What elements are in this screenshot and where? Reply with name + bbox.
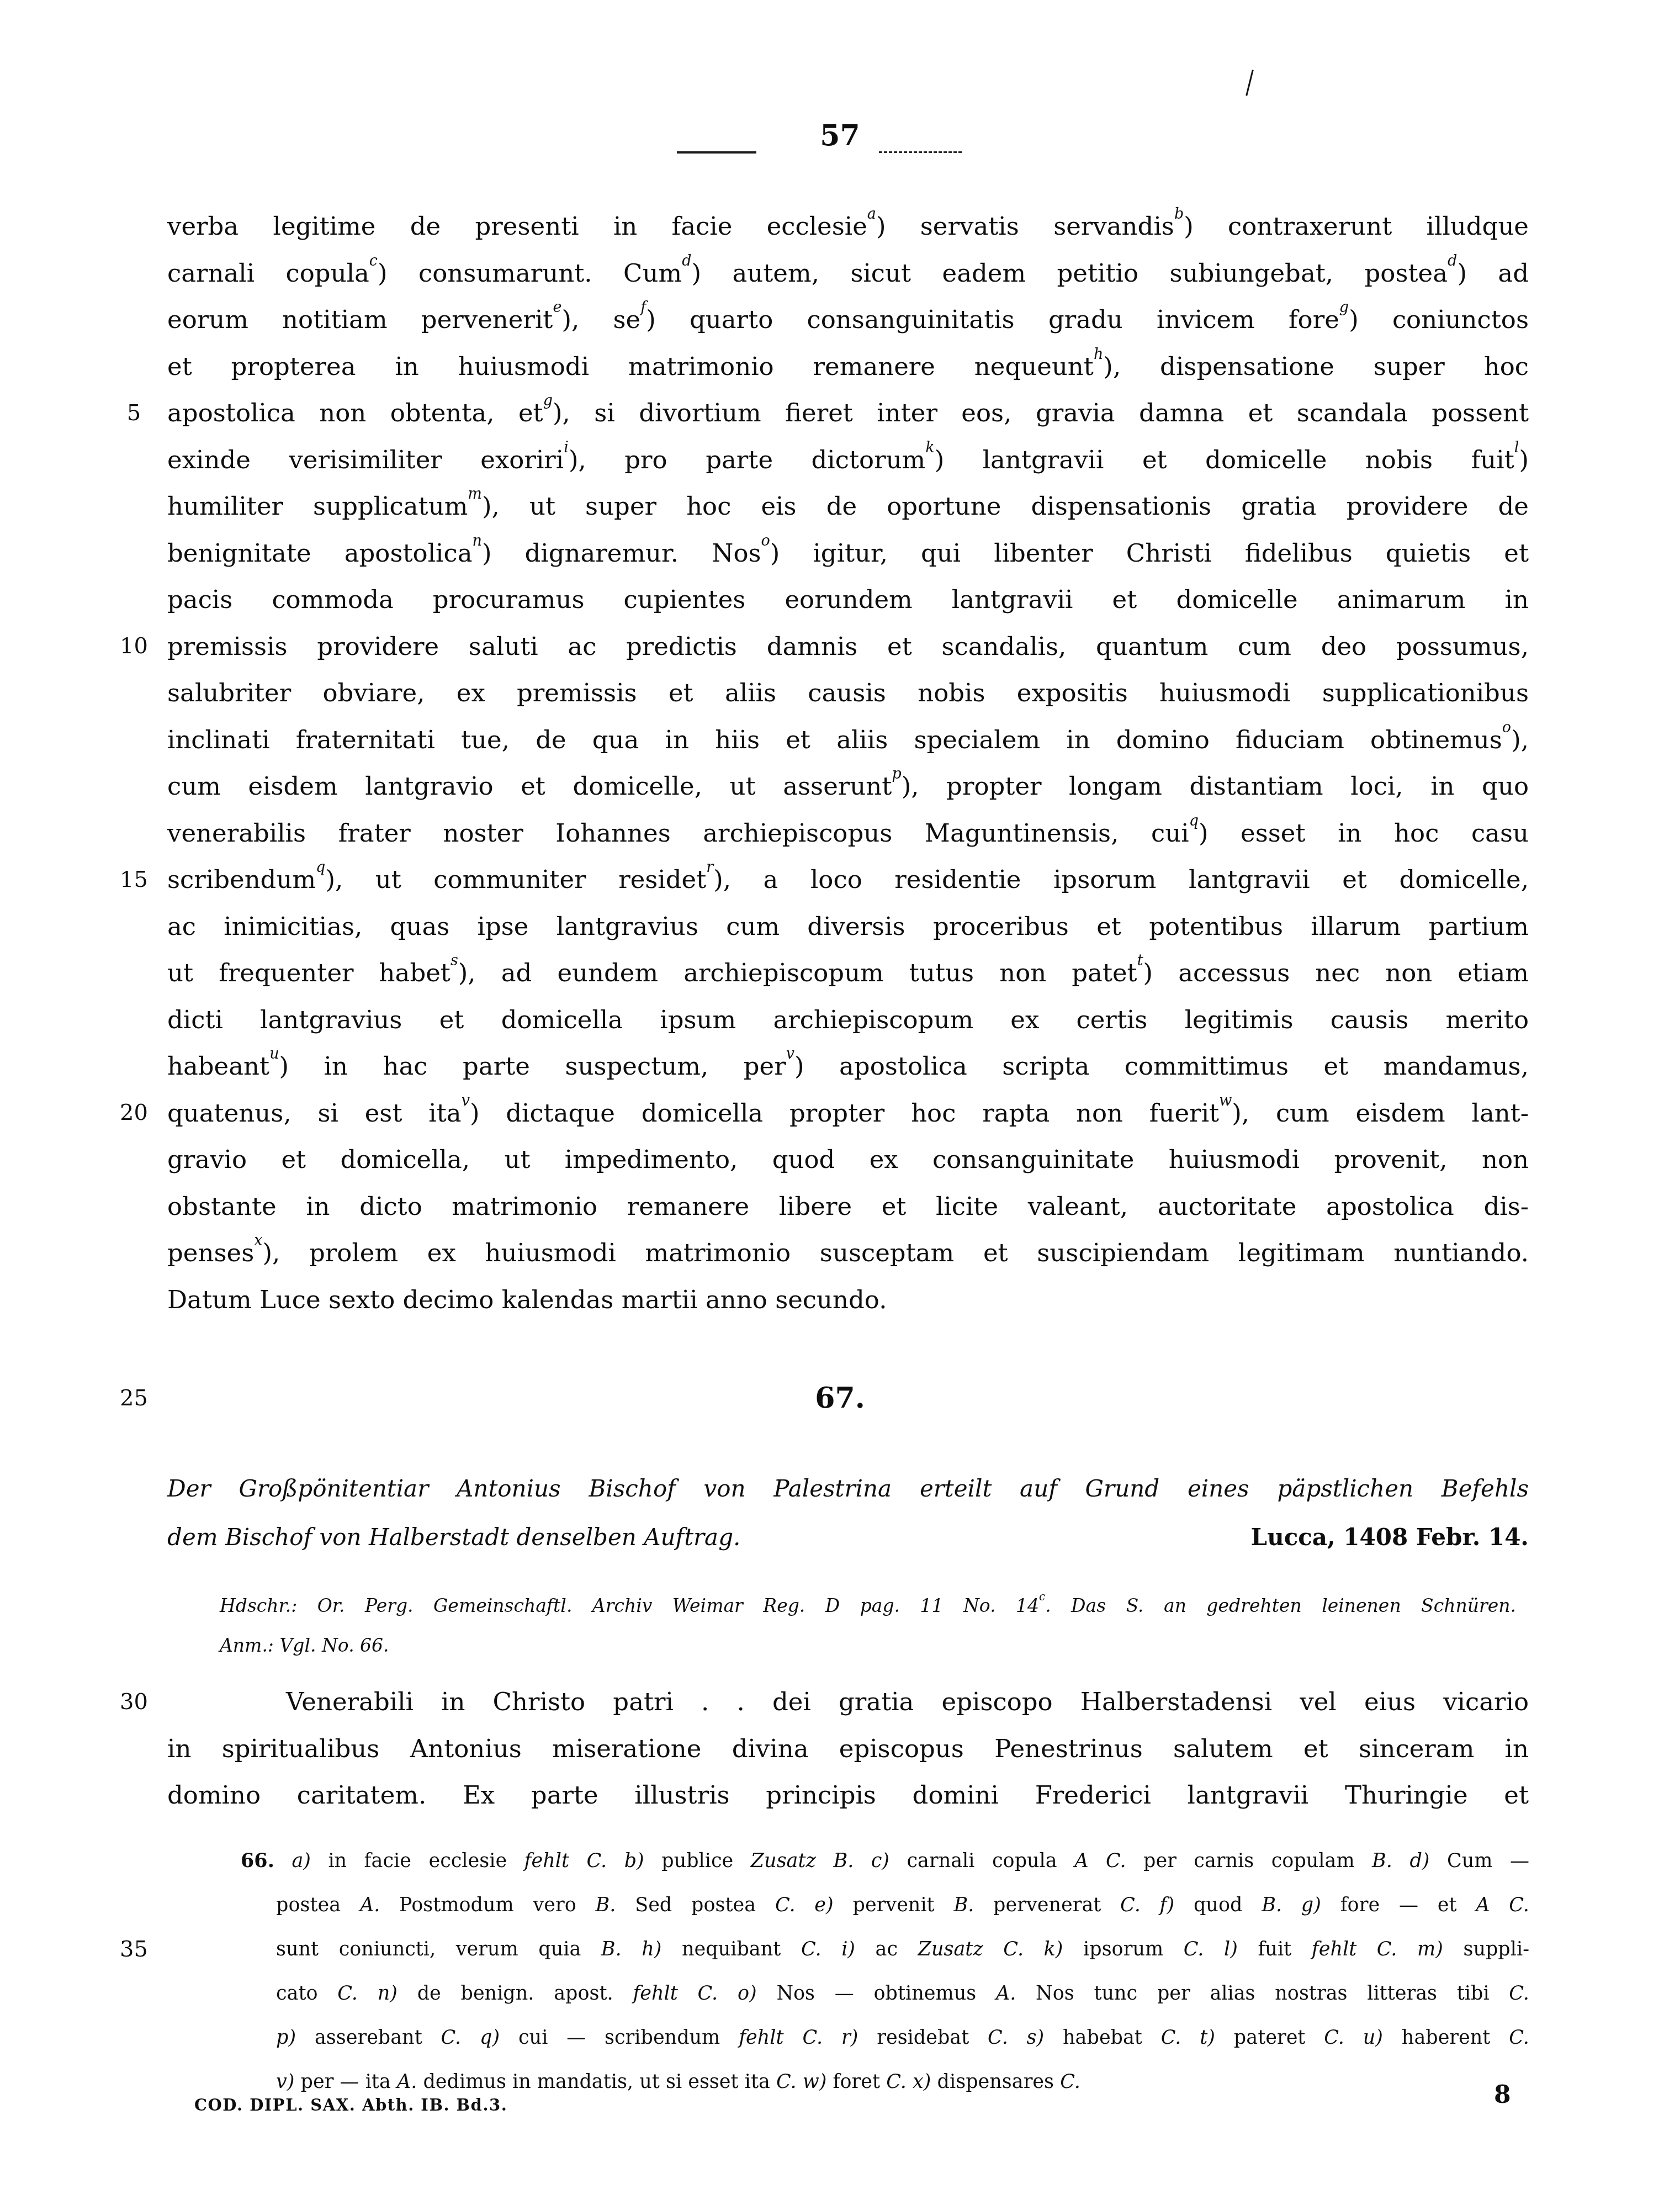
page-number-header: 57 [0,113,1680,159]
margin-line-number-20: 20 [108,1090,160,1136]
text-line: Datum Luce sexto decimo kalendas martii … [167,1277,1529,1324]
text-line: eorum notitiam pervenerite), sef) quarto… [167,297,1529,343]
scan-artifact-mark [1246,70,1254,96]
text-line: domino caritatem. Ex parte illustris pri… [167,1772,1529,1819]
text-line: cum eisdem lantgravio et domicelle, ut a… [167,763,1529,810]
footnote-line: 66. a) in facie ecclesie fehlt C. b) pub… [276,1839,1529,1883]
footnotes-block: 66. a) in facie ecclesie fehlt C. b) pub… [276,1839,1529,2104]
text-line: ac inimicitias, quas ipse lantgravius cu… [167,903,1529,950]
text-line: carnali copulac) consumarunt. Cumd) aute… [167,250,1529,297]
text-line: apostolica non obtenta, etg), si divorti… [167,390,1529,437]
margin-line-number-15: 15 [108,856,160,903]
text-line: ut frequenter habets), ad eundem archiep… [167,950,1529,997]
text-line: salubriter obviare, ex premissis et alii… [167,670,1529,717]
footnote-line: sunt coniuncti, verum quia B. h) nequiba… [276,1927,1529,1971]
summary-line: dem Bischof von Halberstadt denselben Au… [167,1513,740,1562]
text-line: quatenus, si est itav) dictaque domicell… [167,1090,1529,1137]
summary-line: Der Großpönitentiar Antonius Bischof von… [167,1464,1529,1513]
margin-line-number-35: 35 [108,1927,160,1971]
charter-67-text: Venerabili in Christo patri . . dei grat… [167,1679,1529,1819]
text-line: inclinati fraternitati tue, de qua in hi… [167,717,1529,764]
margin-line-number-30: 30 [108,1679,160,1726]
source-note-hdschr: Hdschr.: Or. Perg. Gemeinschaftl. Archiv… [220,1586,1516,1626]
charter-67-summary: Der Großpönitentiar Antonius Bischof von… [167,1464,1529,1562]
text-line: habeantu) in hac parte suspectum, perv) … [167,1043,1529,1090]
footer-sheet-number: 8 [1494,2081,1511,2109]
text-line: pacis commoda procuramus cupientes eorun… [167,577,1529,623]
source-note-anm: Anm.: Vgl. No. 66. [220,1626,1516,1665]
book-page: 57 5 10 15 20 25 30 35 verba legitime de… [0,0,1680,2189]
margin-line-number-10: 10 [108,623,160,670]
footer-series-title: COD. DIPL. SAX. Abth. IB. Bd.3. [194,2096,507,2114]
text-line: Venerabili in Christo patri . . dei grat… [167,1679,1529,1726]
footnote-line: postea A. Postmodum vero B. Sed postea C… [276,1883,1529,1927]
text-line: et propterea in huiusmodi matrimonio rem… [167,343,1529,390]
margin-line-number-5: 5 [108,390,160,437]
source-notes: Hdschr.: Or. Perg. Gemeinschaftl. Archiv… [220,1586,1516,1665]
text-line: venerabilis frater noster Iohannes archi… [167,810,1529,857]
text-line: exinde verisimiliter exoririi), pro part… [167,437,1529,484]
footnote-line: cato C. n) de benign. apost. fehlt C. o)… [276,1971,1529,2016]
text-line: humiliter supplicatumm), ut super hoc ei… [167,483,1529,530]
text-line: benignitate apostolican) dignaremur. Nos… [167,530,1529,577]
header-rule-right [879,151,962,153]
text-line: verba legitime de presenti in facie eccl… [167,203,1529,250]
text-line: pensesx), prolem ex huiusmodi matrimonio… [167,1230,1529,1277]
charter-67-date: Lucca, 1408 Febr. 14. [1251,1513,1529,1562]
text-line: in spiritualibus Antonius miseratione di… [167,1726,1529,1773]
text-line: scribendumq), ut communiter residetr), a… [167,856,1529,903]
text-line: premissis providere saluti ac predictis … [167,623,1529,670]
text-line: dicti lantgravius et domicella ipsum arc… [167,997,1529,1044]
charter-67-heading: 67. [0,1375,1680,1421]
footnote-line: p) asserebant C. q) cui — scribendum feh… [276,2016,1529,2060]
header-rule-left [677,151,756,154]
text-line: obstante in dicto matrimonio remanere li… [167,1183,1529,1230]
charter-66-text: verba legitime de presenti in facie eccl… [167,203,1529,1323]
text-line: gravio et domicella, ut impedimento, quo… [167,1136,1529,1183]
